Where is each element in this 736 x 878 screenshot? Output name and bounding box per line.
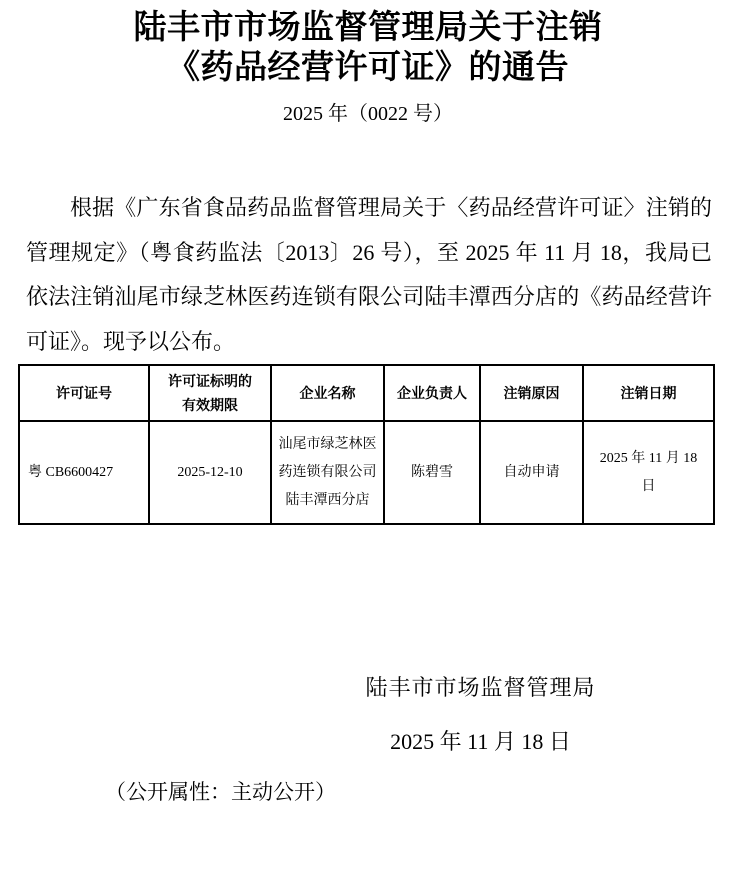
header-person: 企业负责人 — [384, 365, 480, 421]
header-cancel-date: 注销日期 — [583, 365, 714, 421]
cell-reason: 自动申请 — [480, 421, 583, 524]
issuing-authority: 陆丰市市场监督管理局 — [225, 675, 736, 701]
header-license-no: 许可证号 — [19, 365, 149, 421]
cell-cancel-date: 2025 年 11 月 18 日 — [583, 421, 714, 524]
disclosure-note: （公开属性：主动公开） — [105, 779, 736, 805]
cell-person: 陈碧雪 — [384, 421, 480, 524]
body-paragraph: 根据《广东省食品药品监督管理局关于〈药品经营许可证〉注销的管理规定》（粤食药监法… — [26, 186, 712, 364]
header-company: 企业名称 — [271, 365, 384, 421]
signature-block: 陆丰市市场监督管理局 2025 年 11 月 18 日 — [0, 675, 736, 755]
table-header-row: 许可证号 许可证标明的有效期限 企业名称 企业负责人 注销原因 注销日期 — [19, 365, 714, 421]
doc-number: 2025 年（0022 号） — [0, 102, 736, 126]
title-line-1: 陆丰市市场监督管理局关于注销 — [0, 8, 736, 48]
header-reason: 注销原因 — [480, 365, 583, 421]
cell-validity: 2025-12-10 — [149, 421, 271, 524]
notice-document: 陆丰市市场监督管理局关于注销 《药品经营许可证》的通告 2025 年（0022 … — [0, 0, 736, 878]
license-cancellation-table: 许可证号 许可证标明的有效期限 企业名称 企业负责人 注销原因 注销日期 粤 C… — [18, 364, 715, 525]
issue-date: 2025 年 11 月 18 日 — [225, 729, 736, 755]
header-validity: 许可证标明的有效期限 — [149, 365, 271, 421]
page-title: 陆丰市市场监督管理局关于注销 《药品经营许可证》的通告 — [0, 0, 736, 88]
cell-company: 汕尾市绿芝林医药连锁有限公司陆丰潭西分店 — [271, 421, 384, 524]
title-line-2: 《药品经营许可证》的通告 — [0, 48, 736, 88]
table-row: 粤 CB6600427 2025-12-10 汕尾市绿芝林医药连锁有限公司陆丰潭… — [19, 421, 714, 524]
cell-license-no: 粤 CB6600427 — [19, 421, 149, 524]
